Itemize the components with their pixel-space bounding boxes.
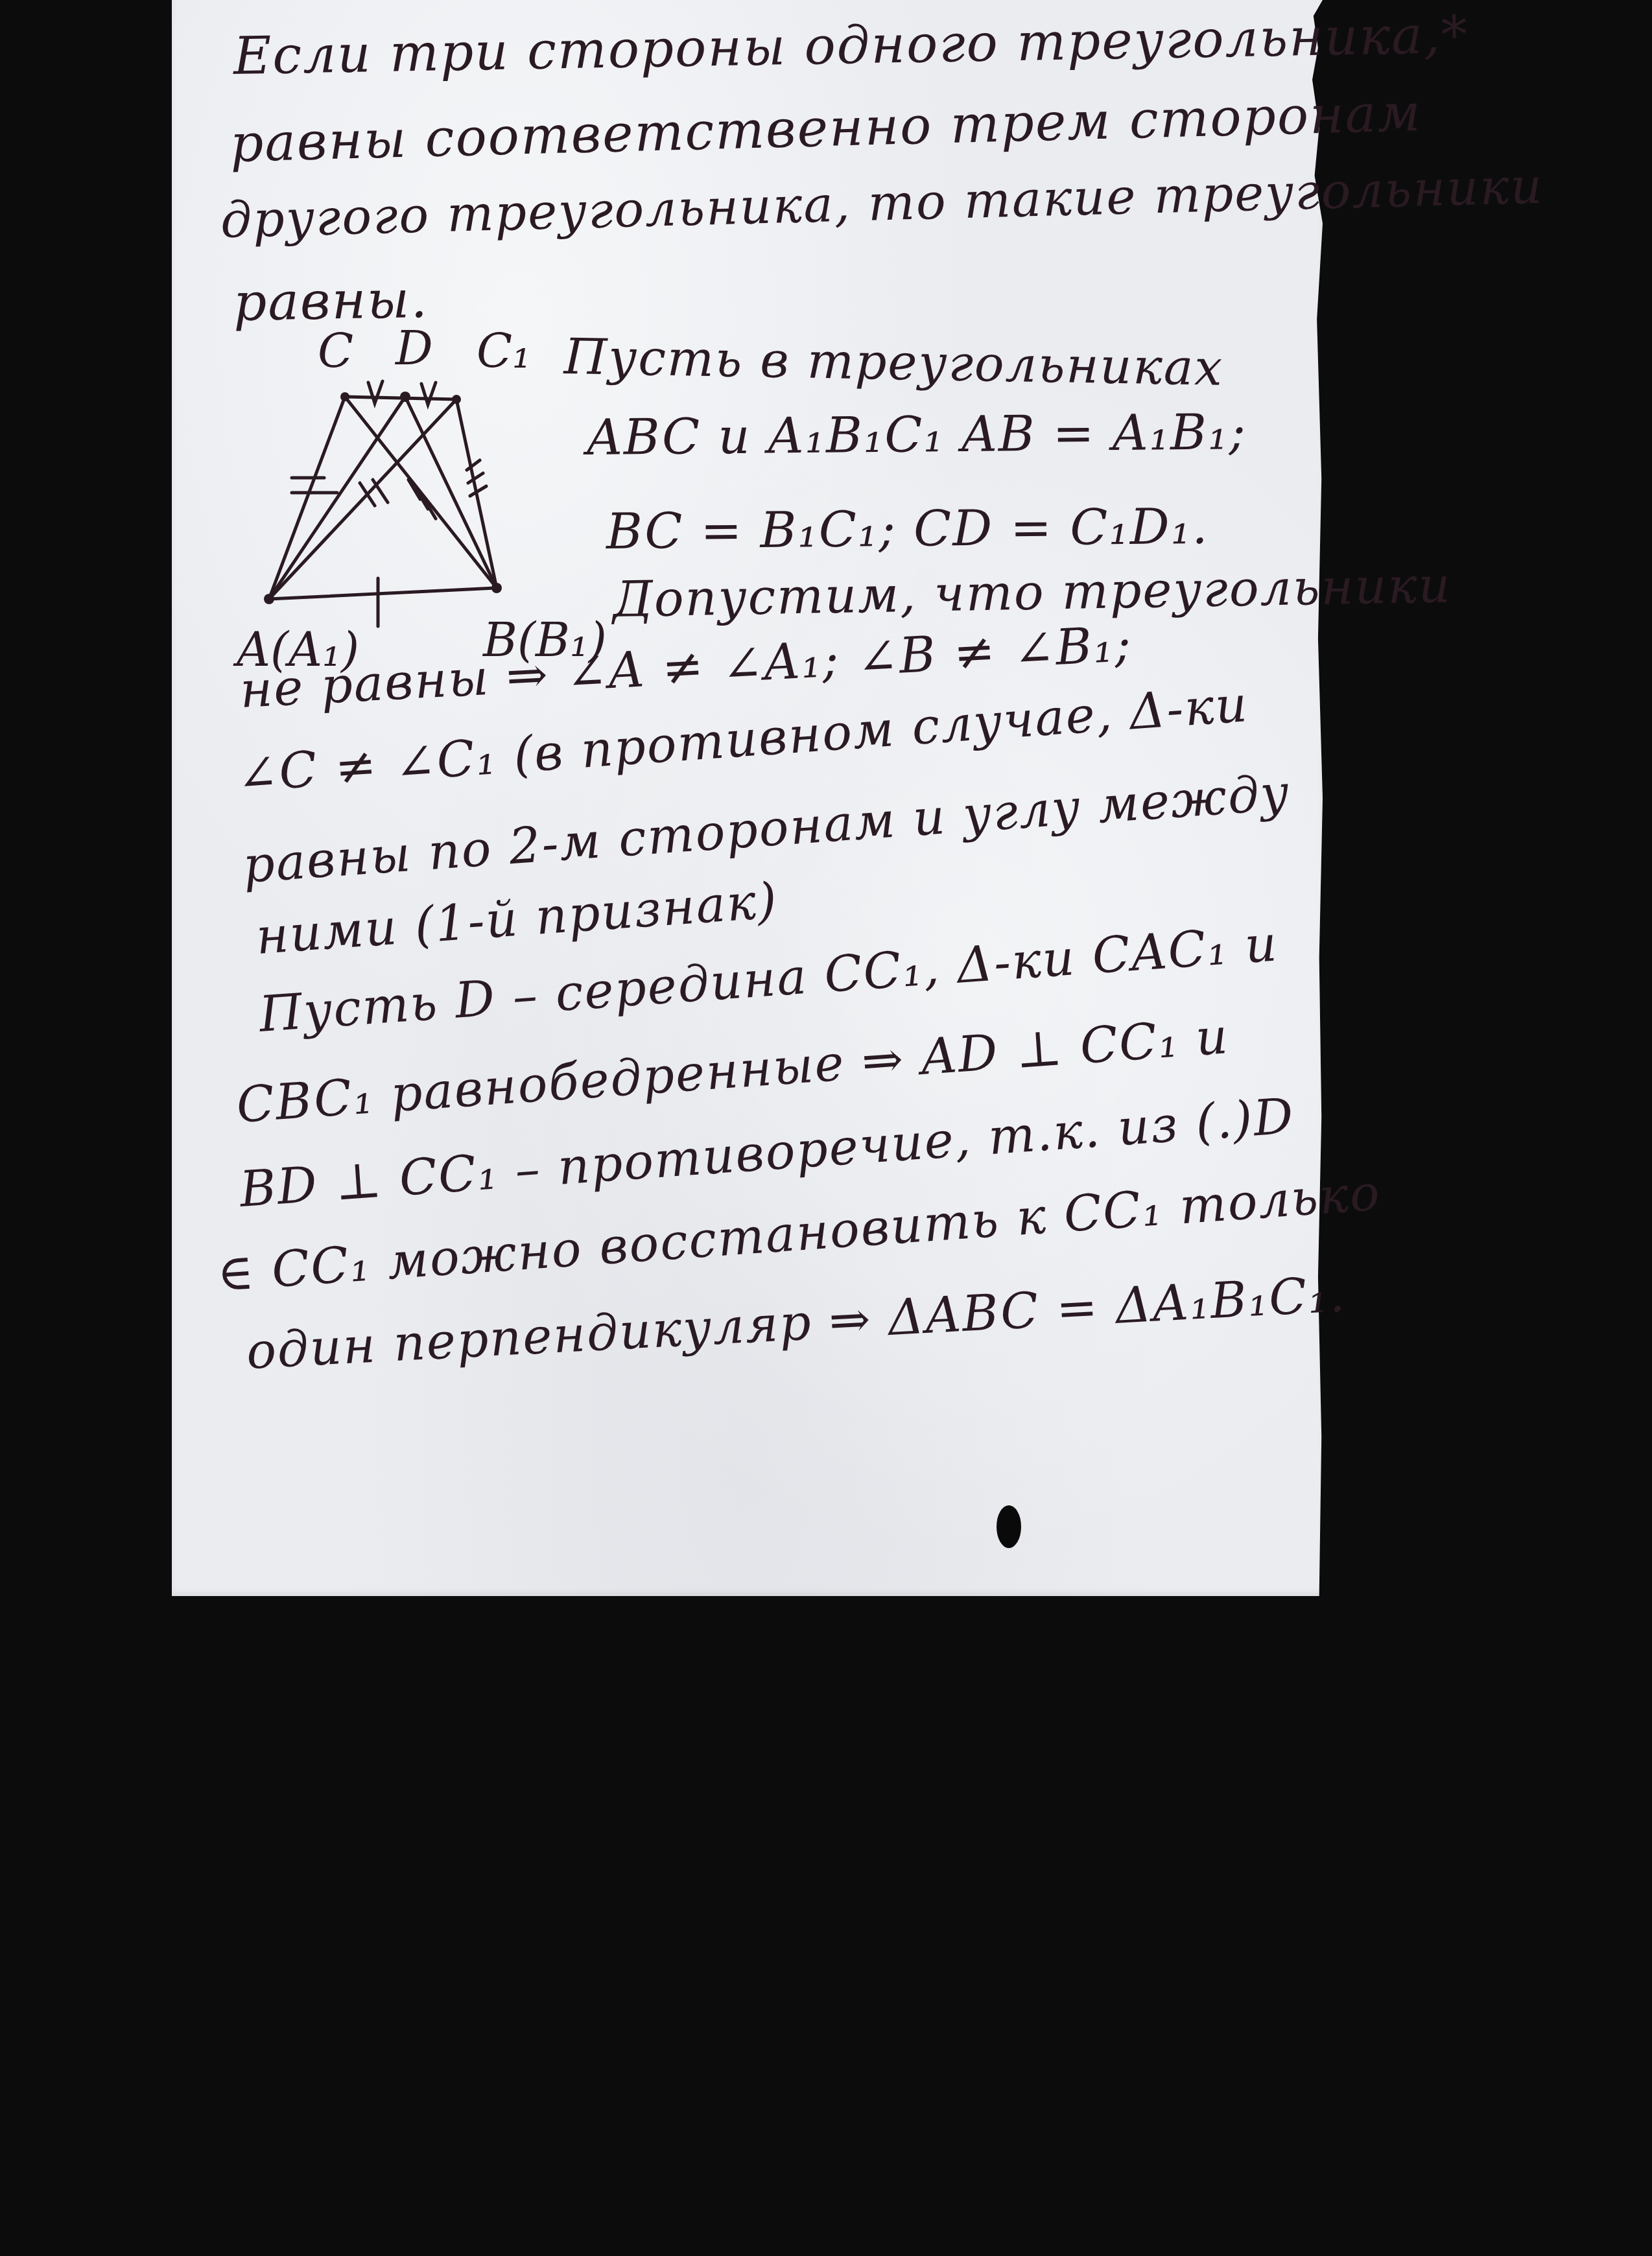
proof-line-2: ABC и A₁B₁C₁ AB = A₁B₁; bbox=[587, 403, 1247, 466]
punch-hole bbox=[997, 1505, 1021, 1548]
label-c1: C₁ bbox=[477, 324, 531, 379]
proof-line-3: BC = B₁C₁; CD = C₁D₁. bbox=[606, 497, 1209, 560]
label-c: C bbox=[318, 324, 353, 379]
proof-line-1: Пусть в треугольниках bbox=[563, 327, 1224, 397]
label-d: D bbox=[395, 321, 433, 375]
